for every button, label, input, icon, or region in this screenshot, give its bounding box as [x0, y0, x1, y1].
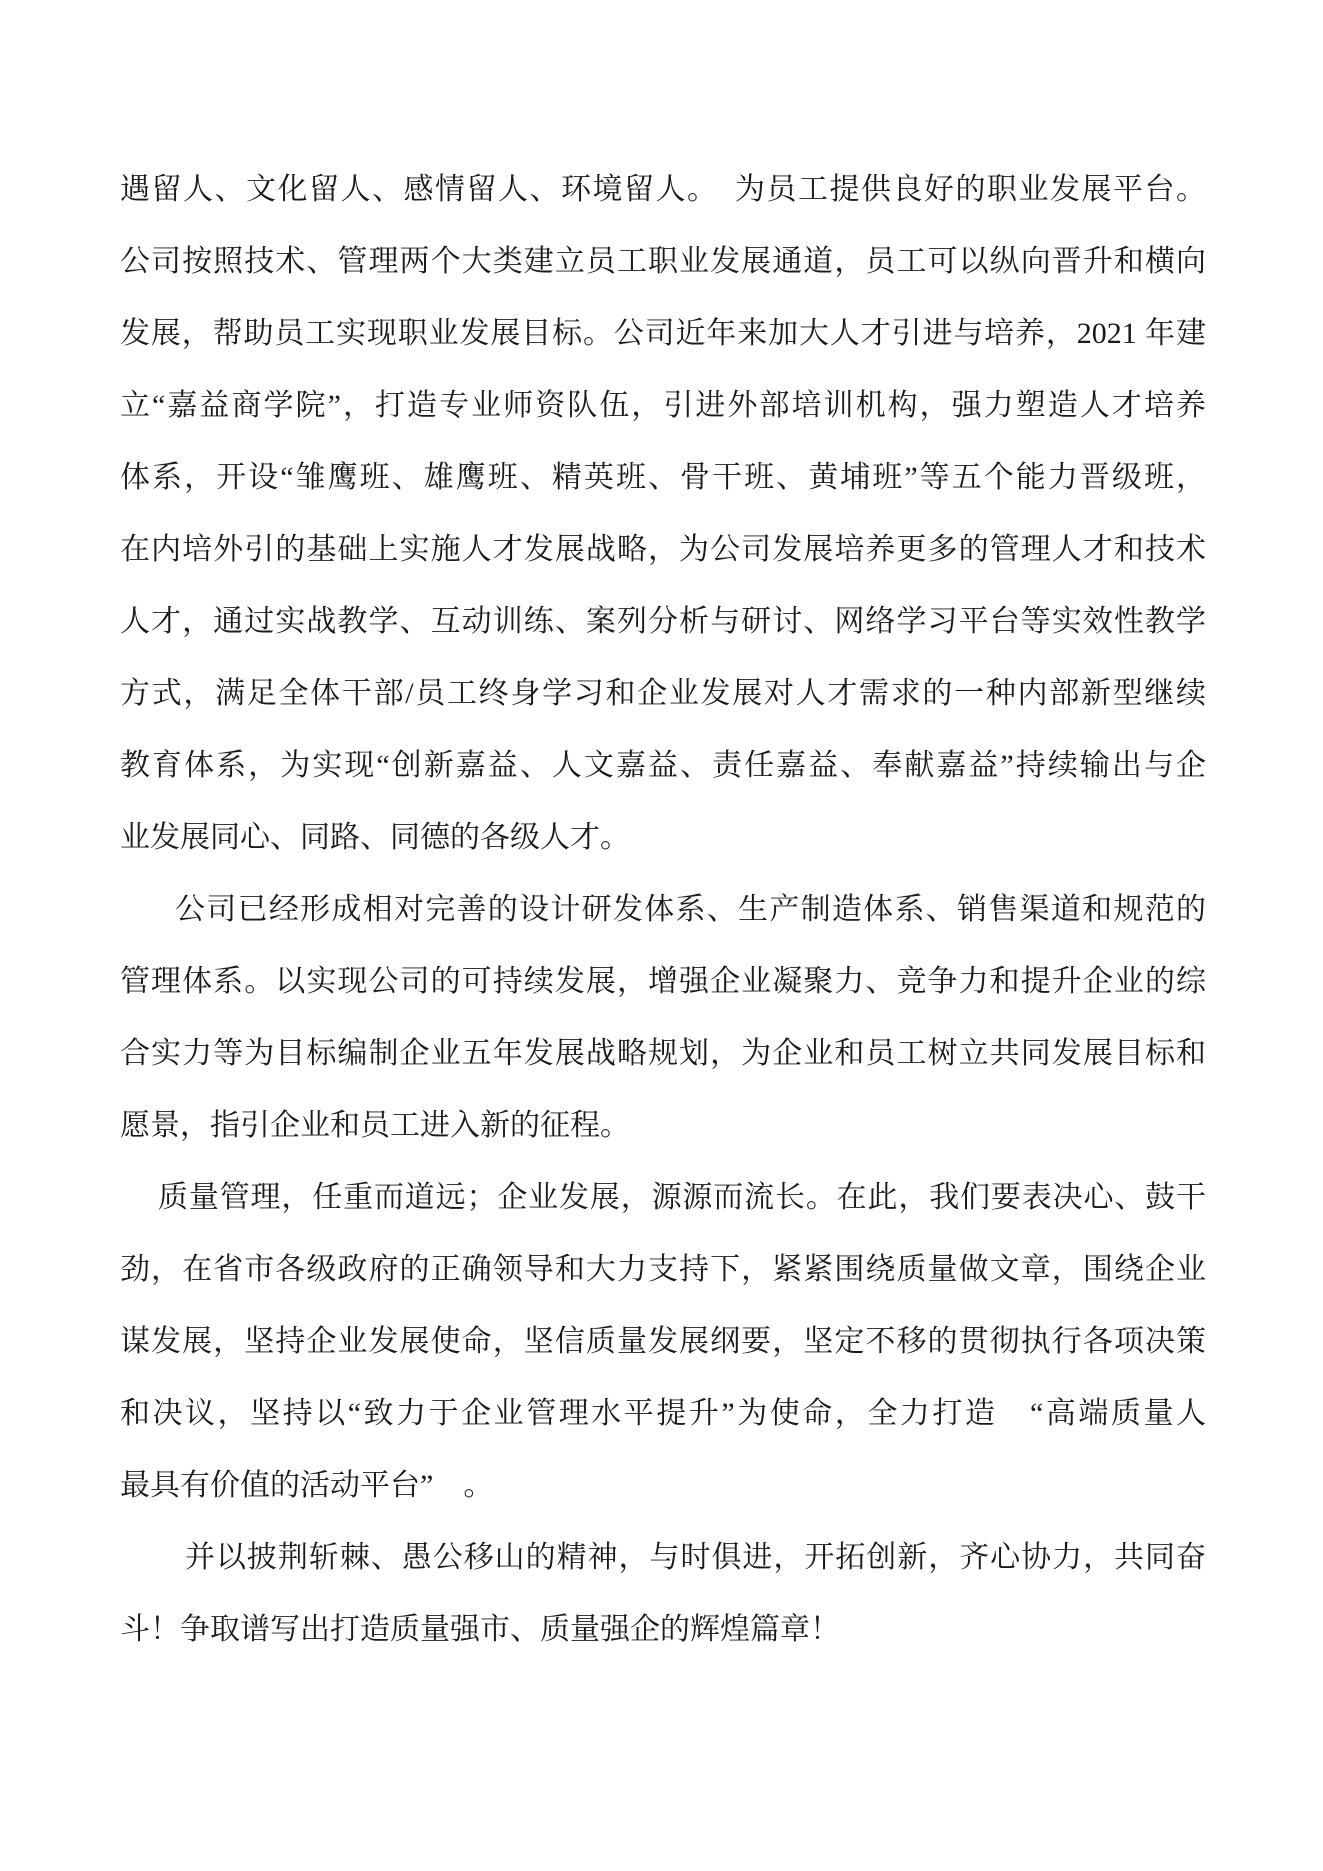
text-line: 并以披荆斩棘、愚公移山的精神，与时俱进，开拓创新，齐心协力，共同奋	[120, 1522, 1206, 1594]
text-line: 质量管理，任重而道远；企业发展，源源而流长。在此，我们要表决心、鼓干	[120, 1162, 1206, 1234]
text-line: 和决议，坚持以“致力于企业管理水平提升”为使命，全力打造 “高端质量人	[120, 1378, 1206, 1450]
document-page: 遇留人、文化留人、感情留人、环境留人。 为员工提供良好的职业发展平台。公司按照技…	[0, 0, 1323, 1871]
paragraph: 并以披荆斩棘、愚公移山的精神，与时俱进，开拓创新，齐心协力，共同奋斗！争取谱写出…	[120, 1522, 1206, 1666]
text-line: 遇留人、文化留人、感情留人、环境留人。 为员工提供良好的职业发展平台。	[120, 154, 1206, 226]
text-line: 在内培外引的基础上实施人才发展战略，为公司发展培养更多的管理人才和技术	[120, 514, 1206, 586]
paragraph: 公司已经形成相对完善的设计研发体系、生产制造体系、销售渠道和规范的管理体系。以实…	[120, 874, 1206, 1162]
text-line: 人才，通过实战教学、互动训练、案列分析与研讨、网络学习平台等实效性教学	[120, 586, 1206, 658]
text-line: 方式，满足全体干部/员工终身学习和企业发展对人才需求的一种内部新型继续	[120, 658, 1206, 730]
text-line: 谋发展，坚持企业发展使命，坚信质量发展纲要，坚定不移的贯彻执行各项决策	[120, 1306, 1206, 1378]
text-line: 合实力等为目标编制企业五年发展战略规划，为企业和员工树立共同发展目标和	[120, 1018, 1206, 1090]
text-line: 斗！争取谱写出打造质量强市、质量强企的辉煌篇章！	[120, 1594, 1206, 1666]
text-line: 体系，开设“雏鹰班、雄鹰班、精英班、骨干班、黄埔班”等五个能力晋级班，	[120, 442, 1206, 514]
text-line: 公司按照技术、管理两个大类建立员工职业发展通道，员工可以纵向晋升和横向	[120, 226, 1206, 298]
text-line: 愿景，指引企业和员工进入新的征程。	[120, 1090, 1206, 1162]
paragraph: 遇留人、文化留人、感情留人、环境留人。 为员工提供良好的职业发展平台。公司按照技…	[120, 154, 1206, 874]
text-line: 劲，在省市各级政府的正确领导和大力支持下，紧紧围绕质量做文章，围绕企业	[120, 1234, 1206, 1306]
text-line: 立“嘉益商学院”，打造专业师资队伍，引进外部培训机构，强力塑造人才培养	[120, 370, 1206, 442]
text-line: 公司已经形成相对完善的设计研发体系、生产制造体系、销售渠道和规范的	[120, 874, 1206, 946]
text-line: 发展，帮助员工实现职业发展目标。公司近年来加大人才引进与培养，2021 年建	[120, 298, 1206, 370]
document-text-body: 遇留人、文化留人、感情留人、环境留人。 为员工提供良好的职业发展平台。公司按照技…	[120, 154, 1206, 1666]
paragraph: 质量管理，任重而道远；企业发展，源源而流长。在此，我们要表决心、鼓干劲，在省市各…	[120, 1162, 1206, 1522]
text-line: 最具有价值的活动平台” 。	[120, 1450, 1206, 1522]
text-line: 业发展同心、同路、同德的各级人才。	[120, 802, 1206, 874]
text-line: 管理体系。以实现公司的可持续发展，增强企业凝聚力、竞争力和提升企业的综	[120, 946, 1206, 1018]
text-line: 教育体系，为实现“创新嘉益、人文嘉益、责任嘉益、奉献嘉益”持续输出与企	[120, 730, 1206, 802]
